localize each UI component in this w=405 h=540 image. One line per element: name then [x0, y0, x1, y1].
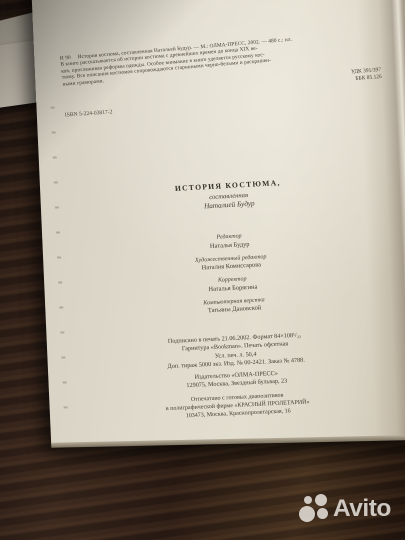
book-photo: И 90История костюма, составленная Наталь… [0, 0, 405, 540]
bibliographic-annotation: И 90История костюма, составленная Наталь… [60, 31, 364, 88]
logo-dot [317, 508, 328, 519]
title-block: ИСТОРИЯ КОСТЮМА, составленная Наталией Б… [40, 171, 405, 220]
avito-wordmark: Avito [333, 495, 391, 523]
isbn: ISBN 5-224-03817-2 [65, 109, 113, 118]
logo-dot [304, 496, 312, 504]
logo-dot [299, 506, 315, 522]
avito-watermark: Avito [299, 494, 391, 524]
book-imprint-page: И 90История костюма, составленная Наталь… [29, 0, 405, 445]
staff-credits: Редактор Наталья Будур Художественный ре… [41, 224, 405, 329]
avito-logo-icon [299, 494, 330, 524]
logo-dot [315, 494, 327, 506]
